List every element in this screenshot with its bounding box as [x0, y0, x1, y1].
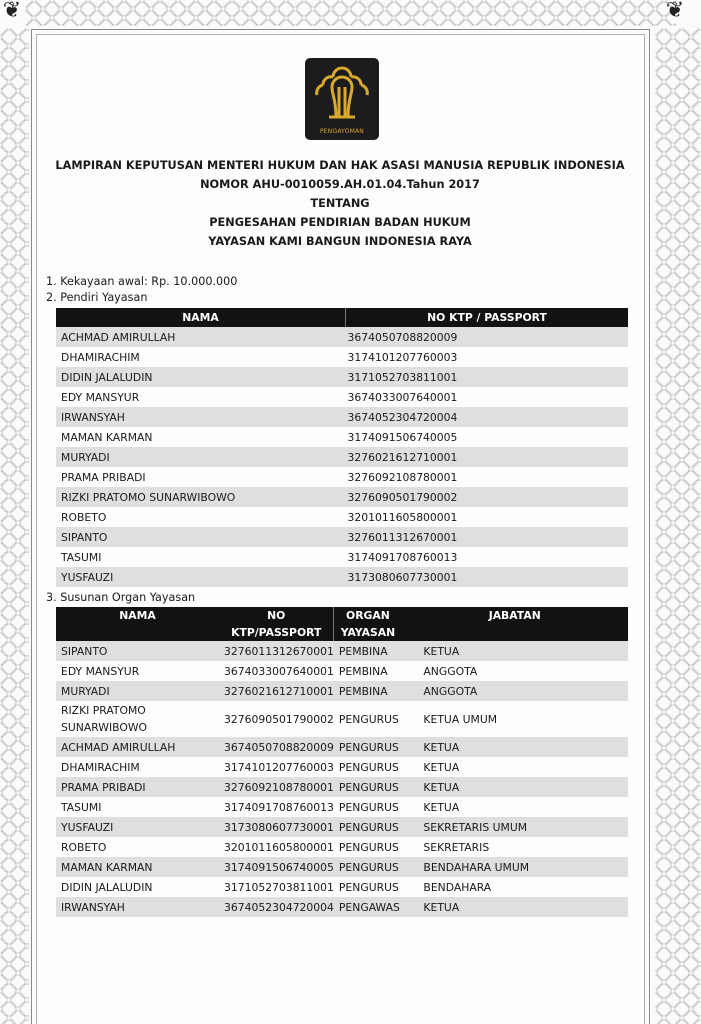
header-filler — [56, 624, 219, 641]
table-row: DIDIN JALALUDIN3171052703811001 — [56, 367, 628, 387]
column-header-ktp: NO KTP / PASSPORT — [346, 308, 629, 327]
member-position: KETUA — [401, 897, 628, 917]
member-organ: PENGURUS — [334, 737, 402, 757]
ornament-icon: ❦ — [0, 0, 24, 22]
member-position: ANGGOTA — [401, 661, 628, 681]
table-row: EDY MANSYUR3674033007640001 — [56, 387, 628, 407]
member-ktp: 3276090501790002 — [219, 701, 334, 737]
column-header-jabatan: JABATAN — [401, 607, 628, 624]
table-row: PRAMA PRIBADI3276092108780001PENGURUSKET… — [56, 777, 628, 797]
heading-line-3: TENTANG — [40, 194, 640, 213]
founder-ktp: 3174101207760003 — [346, 347, 629, 367]
member-ktp: 3201011605800001 — [219, 837, 334, 857]
table-row: EDY MANSYUR3674033007640001PEMBINAANGGOT… — [56, 661, 628, 681]
table-row: YUSFAUZI3173080607730001PENGURUSSEKRETAR… — [56, 817, 628, 837]
founder-name: SIPANTO — [56, 527, 346, 547]
founder-ktp: 3174091506740005 — [346, 427, 629, 447]
header-filler — [401, 624, 628, 641]
founder-ktp: 3174091708760013 — [346, 547, 629, 567]
member-position: KETUA — [401, 757, 628, 777]
member-position: KETUA — [401, 777, 628, 797]
table-row: ROBETO3201011605800001PENGURUSSEKRETARIS — [56, 837, 628, 857]
table-row: ACHMAD AMIRULLAH3674050708820009PENGURUS… — [56, 737, 628, 757]
member-organ: PEMBINA — [334, 641, 402, 661]
member-ktp: 3276021612710001 — [219, 681, 334, 701]
member-name: TASUMI — [56, 797, 219, 817]
column-header-ktp-line2: KTP/PASSPORT — [219, 624, 334, 641]
founder-name: DHAMIRACHIM — [56, 347, 346, 367]
table-row: MURYADI3276021612710001 — [56, 447, 628, 467]
table-row: MAMAN KARMAN3174091506740005PENGURUSBEND… — [56, 857, 628, 877]
column-header-organ-line1: ORGAN — [334, 607, 402, 624]
table-row: PRAMA PRIBADI3276092108780001 — [56, 467, 628, 487]
member-name: YUSFAUZI — [56, 817, 219, 837]
founder-ktp: 3276011312670001 — [346, 527, 629, 547]
column-header-nama: NAMA — [56, 308, 346, 327]
organ-table: NAMA NO ORGAN JABATAN KTP/PASSPORT YAYAS… — [56, 607, 628, 917]
column-header-organ-line2: YAYASAN — [334, 624, 402, 641]
member-position: BENDAHARA — [401, 877, 628, 897]
member-name: ROBETO — [56, 837, 219, 857]
table-row: SIPANTO3276011312670001PEMBINAKETUA — [56, 641, 628, 661]
founder-ktp: 3171052703811001 — [346, 367, 629, 387]
member-ktp: 3174101207760003 — [219, 757, 334, 777]
founder-ktp: 3276092108780001 — [346, 467, 629, 487]
member-ktp: 3276092108780001 — [219, 777, 334, 797]
table-row: DIDIN JALALUDIN3171052703811001PENGURUSB… — [56, 877, 628, 897]
member-position: SEKRETARIS UMUM — [401, 817, 628, 837]
member-ktp: 3674050708820009 — [219, 737, 334, 757]
founder-name: MAMAN KARMAN — [56, 427, 346, 447]
heading-line-5: YAYASAN KAMI BANGUN INDONESIA RAYA — [40, 232, 640, 251]
table-row: TASUMI3174091708760013 — [56, 547, 628, 567]
founder-ktp: 3674052304720004 — [346, 407, 629, 427]
member-name: MURYADI — [56, 681, 219, 701]
member-name: EDY MANSYUR — [56, 661, 219, 681]
member-ktp: 3174091506740005 — [219, 857, 334, 877]
member-name: MAMAN KARMAN — [56, 857, 219, 877]
founder-ktp: 3276090501790002 — [346, 487, 629, 507]
founder-name: IRWANSYAH — [56, 407, 346, 427]
table-row: SIPANTO3276011312670001 — [56, 527, 628, 547]
member-organ: PENGURUS — [334, 797, 402, 817]
founder-ktp: 3173080607730001 — [346, 567, 629, 587]
member-position: KETUA — [401, 641, 628, 661]
member-position: KETUA — [401, 737, 628, 757]
table-row: DHAMIRACHIM3174101207760003PENGURUSKETUA — [56, 757, 628, 777]
member-position: BENDAHARA UMUM — [401, 857, 628, 877]
founder-name: YUSFAUZI — [56, 567, 346, 587]
member-name: IRWANSYAH — [56, 897, 219, 917]
table-row: DHAMIRACHIM3174101207760003 — [56, 347, 628, 367]
member-ktp: 3674033007640001 — [219, 661, 334, 681]
founder-name: ACHMAD AMIRULLAH — [56, 327, 346, 347]
member-ktp: 3171052703811001 — [219, 877, 334, 897]
member-name: PRAMA PRIBADI — [56, 777, 219, 797]
member-name: ACHMAD AMIRULLAH — [56, 737, 219, 757]
heading-line-4: PENGESAHAN PENDIRIAN BADAN HUKUM — [40, 213, 640, 232]
pengayoman-tree-icon — [311, 62, 373, 122]
decorative-border-left — [0, 28, 29, 1024]
member-name: DIDIN JALALUDIN — [56, 877, 219, 897]
pengayoman-logo: PENGAYOMAN — [305, 58, 379, 140]
table-row: TASUMI3174091708760013PENGURUSKETUA — [56, 797, 628, 817]
member-organ: PENGURUS — [334, 817, 402, 837]
table-row: IRWANSYAH3674052304720004 — [56, 407, 628, 427]
table-row: RIZKI PRATOMO SUNARWIBOWO327609050179000… — [56, 487, 628, 507]
member-ktp: 3276011312670001 — [219, 641, 334, 661]
table-row: MAMAN KARMAN3174091506740005 — [56, 427, 628, 447]
member-organ: PENGURUS — [334, 837, 402, 857]
initial-assets-label: 1. Kekayaan awal: Rp. 10.000.000 — [46, 275, 237, 289]
column-header-nama: NAMA — [56, 607, 219, 624]
member-organ: PENGURUS — [334, 857, 402, 877]
table-row: RIZKI PRATOMOSUNARWIBOWO3276090501790002… — [56, 701, 628, 737]
founder-ktp: 3674033007640001 — [346, 387, 629, 407]
member-position: KETUA — [401, 797, 628, 817]
decorative-border-right — [655, 28, 701, 1024]
founder-ktp: 3201011605800001 — [346, 507, 629, 527]
founder-name: RIZKI PRATOMO SUNARWIBOWO — [56, 487, 346, 507]
member-ktp: 3674052304720004 — [219, 897, 334, 917]
member-organ: PEMBINA — [334, 661, 402, 681]
founders-table: NAMA NO KTP / PASSPORT ACHMAD AMIRULLAH3… — [56, 308, 628, 587]
table-row: ACHMAD AMIRULLAH3674050708820009 — [56, 327, 628, 347]
table-row: MURYADI3276021612710001PEMBINAANGGOTA — [56, 681, 628, 701]
member-organ: PENGURUS — [334, 877, 402, 897]
decorative-border-top — [25, 0, 676, 26]
member-organ: PEMBINA — [334, 681, 402, 701]
founder-name: ROBETO — [56, 507, 346, 527]
founder-name: EDY MANSYUR — [56, 387, 346, 407]
member-ktp: 3173080607730001 — [219, 817, 334, 837]
member-position: KETUA UMUM — [401, 701, 628, 737]
member-name: RIZKI PRATOMOSUNARWIBOWO — [56, 701, 219, 737]
table-row: IRWANSYAH3674052304720004PENGAWASKETUA — [56, 897, 628, 917]
founder-name: PRAMA PRIBADI — [56, 467, 346, 487]
column-header-ktp-line1: NO — [219, 607, 334, 624]
member-position: SEKRETARIS — [401, 837, 628, 857]
founder-name: MURYADI — [56, 447, 346, 467]
member-organ: PENGURUS — [334, 777, 402, 797]
table-row: ROBETO3201011605800001 — [56, 507, 628, 527]
member-position: ANGGOTA — [401, 681, 628, 701]
member-organ: PENGAWAS — [334, 897, 402, 917]
table-row: YUSFAUZI3173080607730001 — [56, 567, 628, 587]
member-name: DHAMIRACHIM — [56, 757, 219, 777]
member-organ: PENGURUS — [334, 757, 402, 777]
founder-ktp: 3276021612710001 — [346, 447, 629, 467]
logo-label: PENGAYOMAN — [305, 128, 379, 135]
member-ktp: 3174091708760013 — [219, 797, 334, 817]
member-name: SIPANTO — [56, 641, 219, 661]
founders-section-label: 2. Pendiri Yayasan — [46, 291, 147, 305]
document-heading: LAMPIRAN KEPUTUSAN MENTERI HUKUM DAN HAK… — [40, 156, 640, 251]
organ-section-label: 3. Susunan Organ Yayasan — [46, 591, 195, 605]
heading-line-2: NOMOR AHU-0010059.AH.01.04.Tahun 2017 — [40, 175, 640, 194]
founder-name: TASUMI — [56, 547, 346, 567]
ornament-icon: ❦ — [663, 0, 687, 22]
founder-name: DIDIN JALALUDIN — [56, 367, 346, 387]
founder-ktp: 3674050708820009 — [346, 327, 629, 347]
heading-line-1: LAMPIRAN KEPUTUSAN MENTERI HUKUM DAN HAK… — [40, 156, 640, 175]
member-organ: PENGURUS — [334, 701, 402, 737]
